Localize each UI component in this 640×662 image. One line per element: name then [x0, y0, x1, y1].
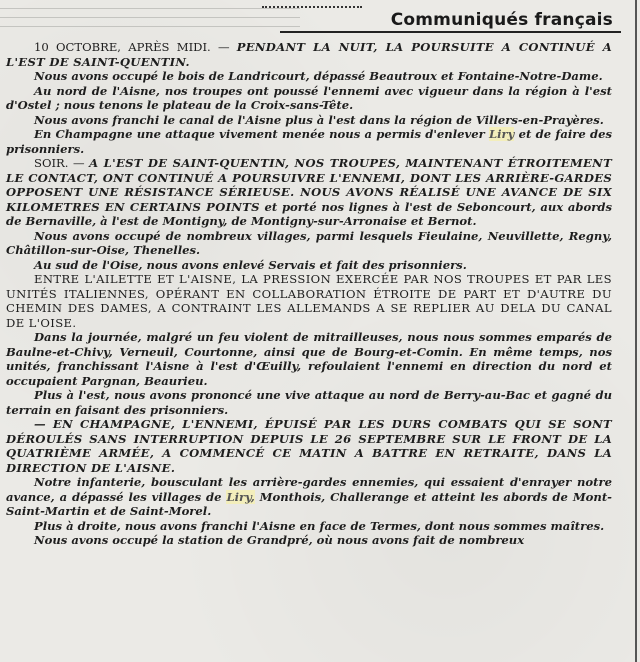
paragraph: — EN CHAMPAGNE, L'ENNEMI, ÉPUISÉ PAR LES…	[6, 417, 612, 475]
highlighted-term: Liry,	[226, 490, 254, 504]
paragraph: Plus à droite, nous avons franchi l'Aisn…	[6, 519, 612, 534]
paragraph: Plus à l'est, nous avons prononcé une vi…	[6, 388, 612, 417]
paragraph-evening: SOIR. — A L'EST DE SAINT-QUENTIN, NOS TR…	[6, 156, 612, 229]
ornament-divider	[262, 0, 362, 8]
paragraph: Nous avons occupé le bois de Landricourt…	[6, 69, 612, 84]
article-body: 10 OCTOBRE, APRÈS MIDI. — PENDANT LA NUI…	[6, 40, 612, 548]
faint-text-bleed	[0, 0, 300, 40]
paragraph: Dans la journée, malgré un feu violent d…	[6, 330, 612, 388]
paragraph: Notre infanterie, bousculant les arrière…	[6, 475, 612, 519]
paragraph: Au sud de l'Oise, nous avons enlevé Serv…	[6, 258, 612, 273]
paragraph-afternoon: 10 OCTOBRE, APRÈS MIDI. — PENDANT LA NUI…	[6, 40, 612, 69]
column-rule	[635, 0, 637, 662]
highlighted-term: Liry	[489, 127, 514, 141]
paragraph: Nous avons occupé de nombreux villages, …	[6, 229, 612, 258]
paragraph: Nous avons franchi le canal de l'Aisne p…	[6, 113, 612, 128]
paragraph: ENTRE L'AILETTE ET L'AISNE, LA PRESSION …	[6, 272, 612, 330]
paragraph: En Champagne une attaque vivement menée …	[6, 127, 612, 156]
section-title: Communiqués français	[280, 10, 621, 33]
paragraph: Au nord de l'Aisne, nos troupes ont pous…	[6, 84, 612, 113]
newspaper-page: Communiqués français 10 OCTOBRE, APRÈS M…	[0, 0, 640, 662]
paragraph: Nous avons occupé la station de Grandpré…	[6, 533, 612, 548]
